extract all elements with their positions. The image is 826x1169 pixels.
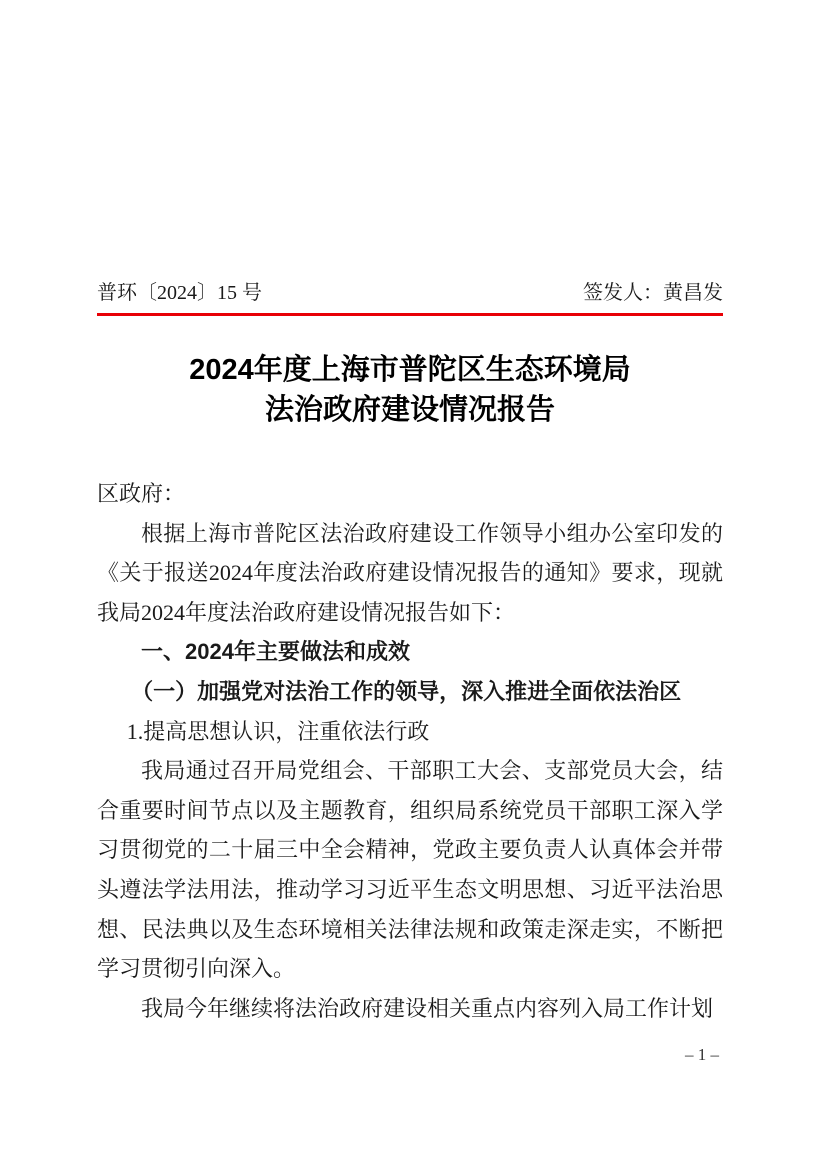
red-separator-line bbox=[97, 313, 723, 316]
document-page: 普环〔2024〕15 号 签发人：黄昌发 2024年度上海市普陀区生态环境局 法… bbox=[0, 0, 826, 1169]
paragraph-study: 我局通过召开局党组会、干部职工大会、支部党员大会，结合重要时间节点以及主题教育，… bbox=[97, 751, 723, 989]
paragraph-basis: 根据上海市普陀区法治政府建设工作领导小组办公室印发的《关于报送2024年度法治政… bbox=[97, 514, 723, 633]
page-number: – 1 – bbox=[685, 1045, 719, 1064]
section-heading-1-1-1: 1.提高思想认识，注重依法行政 bbox=[97, 712, 723, 752]
salutation: 区政府： bbox=[97, 474, 723, 514]
paragraph-plan: 我局今年继续将法治政府建设相关重点内容列入局工作计划 bbox=[97, 989, 723, 1029]
section-heading-1: 一、2024年主要做法和成效 bbox=[97, 632, 723, 672]
section-heading-1-1: （一）加强党对法治工作的领导，深入推进全面依法治区 bbox=[97, 672, 723, 712]
title-line-2: 法治政府建设情况报告 bbox=[97, 390, 723, 430]
document-title: 2024年度上海市普陀区生态环境局 法治政府建设情况报告 bbox=[97, 350, 723, 430]
title-line-1: 2024年度上海市普陀区生态环境局 bbox=[97, 350, 723, 390]
document-body: 区政府： 根据上海市普陀区法治政府建设工作领导小组办公室印发的《关于报送2024… bbox=[97, 474, 723, 1028]
document-header: 普环〔2024〕15 号 签发人：黄昌发 bbox=[97, 280, 723, 306]
issuer-name: 签发人：黄昌发 bbox=[583, 280, 723, 306]
doc-number: 普环〔2024〕15 号 bbox=[97, 280, 262, 306]
page-footer: – 1 – bbox=[97, 1045, 723, 1065]
